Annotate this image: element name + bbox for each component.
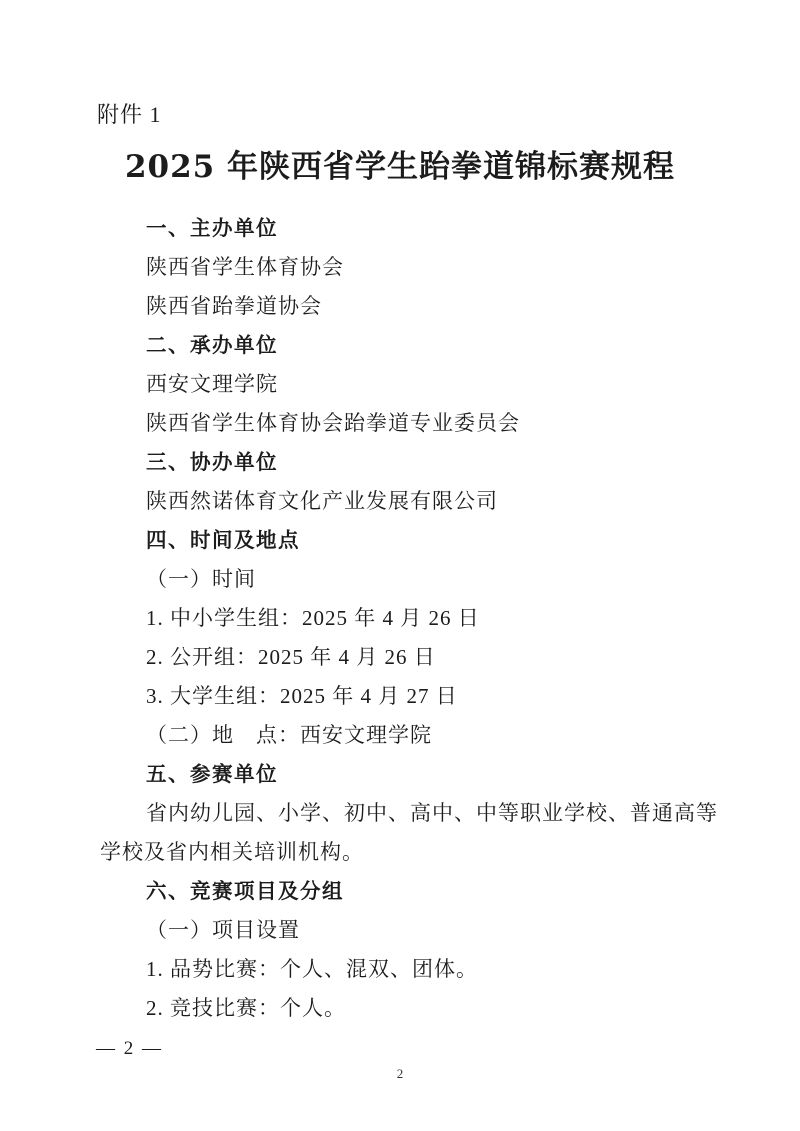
participants-paragraph-line-1: 省内幼儿园、小学、初中、高中、中等职业学校、普通高等	[100, 794, 716, 833]
time-item-3: 3. 大学生组：2025 年 4 月 27 日	[100, 677, 716, 716]
section-heading-events: 六、竞赛项目及分组	[100, 872, 716, 911]
section-heading-participants: 五、参赛单位	[100, 755, 716, 794]
host-line-2: 陕西省学生体育协会跆拳道专业委员会	[100, 404, 716, 443]
section-heading-co-organizer: 三、协办单位	[100, 443, 716, 482]
time-subheading: （一）时间	[100, 560, 716, 599]
time-item-2: 2. 公开组：2025 年 4 月 26 日	[100, 638, 716, 677]
host-line-1: 西安文理学院	[100, 365, 716, 404]
section-heading-host: 二、承办单位	[100, 326, 716, 365]
time-item-1: 1. 中小学生组：2025 年 4 月 26 日	[100, 599, 716, 638]
place-line: （二）地 点：西安文理学院	[100, 716, 716, 755]
co-organizer-line: 陕西然诺体育文化产业发展有限公司	[100, 482, 716, 521]
organizer-line-1: 陕西省学生体育协会	[100, 248, 716, 287]
event-item-2: 2. 竞技比赛：个人。	[100, 989, 716, 1028]
document-title: 2025 年陕西省学生跆拳道锦标赛规程	[0, 141, 800, 186]
event-item-1: 1. 品势比赛：个人、混双、团体。	[100, 950, 716, 989]
section-heading-time-place: 四、时间及地点	[100, 521, 716, 560]
footer-page-marker: — 2 —	[96, 1038, 163, 1060]
document-page: 附件 1 2025 年陕西省学生跆拳道锦标赛规程 一、主办单位 陕西省学生体育协…	[0, 0, 800, 1131]
events-subheading: （一）项目设置	[100, 911, 716, 950]
section-heading-organizers: 一、主办单位	[100, 209, 716, 248]
organizer-line-2: 陕西省跆拳道协会	[100, 287, 716, 326]
footer-page-number: 2	[0, 1066, 800, 1082]
attachment-label: 附件 1	[97, 98, 162, 129]
participants-paragraph-line-2: 学校及省内相关培训机构。	[100, 833, 716, 872]
document-body: 一、主办单位 陕西省学生体育协会 陕西省跆拳道协会 二、承办单位 西安文理学院 …	[100, 209, 716, 1028]
